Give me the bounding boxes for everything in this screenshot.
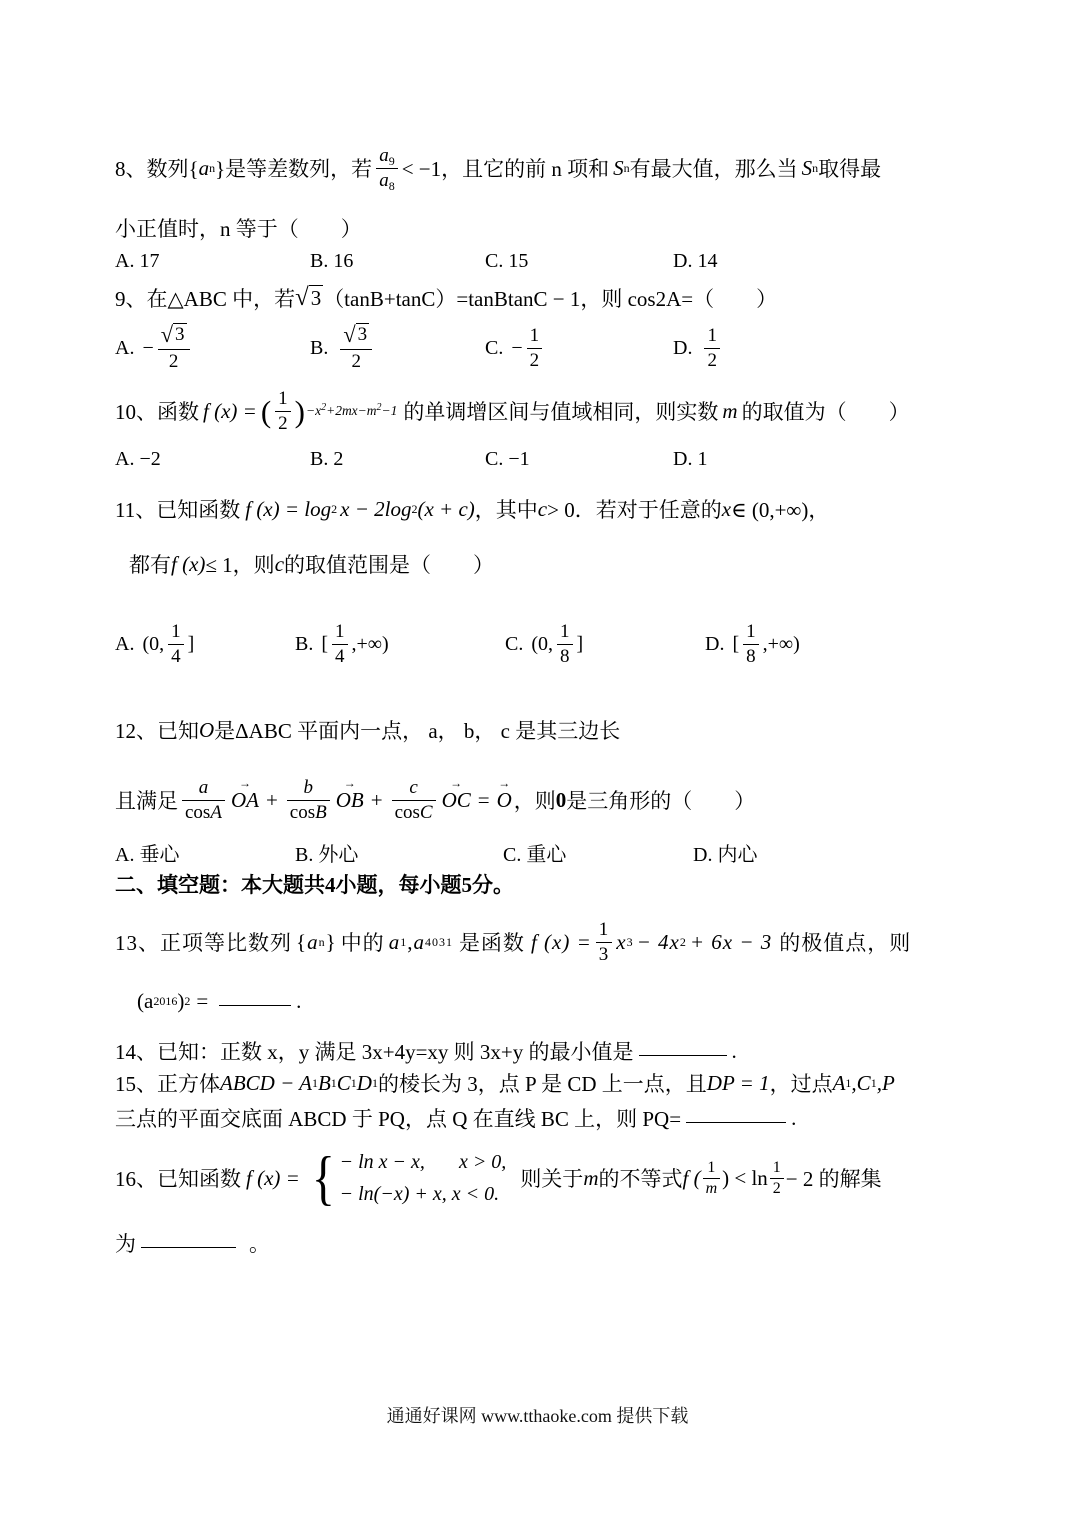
close-paren: ) xyxy=(295,396,305,427)
q10-m: m xyxy=(722,399,737,424)
option-c: C. −1 xyxy=(485,448,673,471)
q11-formula: f (x) = log xyxy=(245,497,331,522)
question-15-line-1: 15、正方体 ABCD − A1B1C1D1 的棱长为 3，点 P 是 CD 上… xyxy=(115,1066,975,1100)
q8-Sn: S xyxy=(613,156,624,181)
fraction-1-3: 13 xyxy=(596,919,613,966)
vector-OA: →OA xyxy=(229,788,261,813)
question-11-line-2: 都有 f (x) ≤ 1，则 c 的取值范围是（ ） xyxy=(129,548,989,580)
question-11-options: A.(0, 14 ] B.[ 14 ,+∞) C.(0, 18 ] D.[ 18… xyxy=(115,612,995,676)
footer-text: 通通好课网 www.tthaoke.com 提供下载 xyxy=(387,1406,689,1426)
question-16-line-1: 16、已知函数 f (x) = { − ln x − x,x > 0, − ln… xyxy=(115,1140,975,1216)
section-2-header: 二、填空题：本大题共4小题，每小题5分。 xyxy=(115,870,975,898)
q8-Sn: S xyxy=(802,156,813,181)
q10-fx: f (x) = xyxy=(203,399,257,424)
open-paren: ( xyxy=(261,396,271,427)
page-footer: 通通好课网 www.tthaoke.com 提供下载 xyxy=(0,1402,1075,1428)
answer-blank xyxy=(686,1122,786,1123)
fraction-b-cosB: b cosB xyxy=(287,777,330,824)
question-12-options: A. 垂心 B. 外心 C. 重心 D. 内心 xyxy=(115,838,995,864)
question-16-line-2: 为 。 xyxy=(115,1226,975,1260)
option-b: B. 16 xyxy=(310,250,485,273)
q8-text: 8、数列{ xyxy=(115,153,199,183)
question-10-options: A. −2 B. 2 C. −1 D. 1 xyxy=(115,446,995,472)
q8-text: 小正值时，n 等于（ ） xyxy=(115,213,362,243)
question-9-options: A.− √3 2 B. √3 2 C.− 12 D. 12 xyxy=(115,318,995,378)
answer-blank xyxy=(141,1247,236,1248)
option-d: D.[ 18 ,+∞) xyxy=(705,621,995,668)
question-8-options: A. 17 B. 16 C. 15 D. 14 xyxy=(115,248,995,274)
q10-text: 的取值为（ ） xyxy=(742,396,910,426)
q9-text: 9、在△ABC 中，若 xyxy=(115,283,295,313)
question-8-line-2: 小正值时，n 等于（ ） xyxy=(115,214,975,242)
option-d: D. 14 xyxy=(673,250,995,273)
question-11-line-1: 11、已知函数 f (x) = log2 x − 2log2 (x + c) ，… xyxy=(115,492,975,526)
fraction-1-2: 12 xyxy=(275,388,291,435)
fraction-sqrt3-2: √3 2 xyxy=(158,323,190,373)
q8-text: 有最大值，那么当 xyxy=(630,153,798,183)
option-d: D. 12 xyxy=(673,325,995,372)
q10-text: 的单调增区间与值域相同，则实数 xyxy=(403,396,718,426)
option-c: C.(0, 18 ] xyxy=(505,621,705,668)
q10-exponent: −x2+2mx−m2−1 xyxy=(306,403,397,419)
q8-seq-var: a xyxy=(199,156,210,181)
vector-O: →O xyxy=(495,788,514,813)
question-14: 14、已知：正数 x，y 满足 3x+4y=xy 则 3x+y 的最小值是 . xyxy=(115,1036,975,1066)
q9-text: （tanB+tanC）=tanBtanC − 1，则 cos2A=（ ） xyxy=(323,283,777,313)
q10-text: 10、函数 xyxy=(115,396,199,426)
question-15-line-2: 三点的平面交底面 ABCD 于 PQ，点 Q 在直线 BC 上，则 PQ= . xyxy=(115,1102,975,1134)
option-c: C. 15 xyxy=(485,250,673,273)
vector-arrow-icon: → xyxy=(334,777,366,789)
fraction-1-2: 12 xyxy=(704,325,720,372)
question-12-line-1: 12、已知 O 是ΔABC 平面内一点， a， b， c 是其三边长 xyxy=(115,714,975,746)
fraction-1-m: 1m xyxy=(703,1159,721,1197)
option-b: B. 2 xyxy=(310,448,485,471)
sqrt-3: √3 xyxy=(295,285,323,311)
fraction-sqrt3-2: √3 2 xyxy=(340,323,372,373)
option-c: C.− 12 xyxy=(485,325,673,372)
option-a: A. −2 xyxy=(115,448,310,471)
piecewise-brace: { xyxy=(312,1150,335,1207)
option-a: A.− √3 2 xyxy=(115,323,310,373)
q8-text: < −1，且它的前 n 项和 xyxy=(402,153,609,183)
vector-OB: →OB xyxy=(334,788,366,813)
option-b: B. √3 2 xyxy=(310,323,485,373)
option-d: D. 内心 xyxy=(693,838,995,867)
piecewise-cases: − ln x − x,x > 0, − ln(−x) + x, x < 0. xyxy=(340,1146,507,1210)
option-b: B. 外心 xyxy=(295,838,503,867)
vector-OC: →OC xyxy=(440,788,473,813)
question-9-line-1: 9、在△ABC 中，若 √3 （tanB+tanC）=tanBtanC − 1，… xyxy=(115,280,975,316)
option-a: A.(0, 14 ] xyxy=(115,621,295,668)
q8-text: }是等差数列，若 xyxy=(215,153,372,183)
vector-arrow-icon: → xyxy=(495,777,514,789)
option-b: B.[ 14 ,+∞) xyxy=(295,621,505,668)
question-10-line-1: 10、函数 f (x) = ( 12 ) −x2+2mx−m2−1 的单调增区间… xyxy=(115,380,975,442)
option-a: A. 垂心 xyxy=(115,838,295,867)
question-8-line-1: 8、数列{an}是等差数列，若 a9 a8 < −1，且它的前 n 项和 Sn … xyxy=(115,136,975,200)
vector-arrow-icon: → xyxy=(440,777,473,789)
fraction-1-2: 12 xyxy=(527,325,543,372)
q8-text: 取得最 xyxy=(818,153,881,183)
question-13-line-1: 13、正项等比数列 {an} 中的 a1,a4031 是函数 f (x) = 1… xyxy=(115,910,975,974)
answer-blank xyxy=(639,1055,727,1056)
question-12-line-2: 且满足 a cosA →OA + b cosB →OB + c cosC →OC… xyxy=(115,768,975,832)
option-a: A. 17 xyxy=(115,250,310,273)
answer-blank xyxy=(219,1005,291,1006)
option-c: C. 重心 xyxy=(503,838,693,867)
fraction-a9-a8: a9 a8 xyxy=(376,145,398,192)
q12-bold-zero: 0 xyxy=(556,788,567,813)
question-13-line-2: (a2016)2 = . xyxy=(137,982,997,1020)
option-d: D. 1 xyxy=(673,448,995,471)
fraction-1-2: 12 xyxy=(770,1159,784,1197)
q11-text: 11、已知函数 xyxy=(115,494,240,524)
exam-page: 8、数列{an}是等差数列，若 a9 a8 < −1，且它的前 n 项和 Sn … xyxy=(0,0,1075,1518)
fraction-a-cosA: a cosA xyxy=(182,777,225,824)
vector-arrow-icon: → xyxy=(229,777,261,789)
fraction-c-cosC: c cosC xyxy=(392,777,436,824)
